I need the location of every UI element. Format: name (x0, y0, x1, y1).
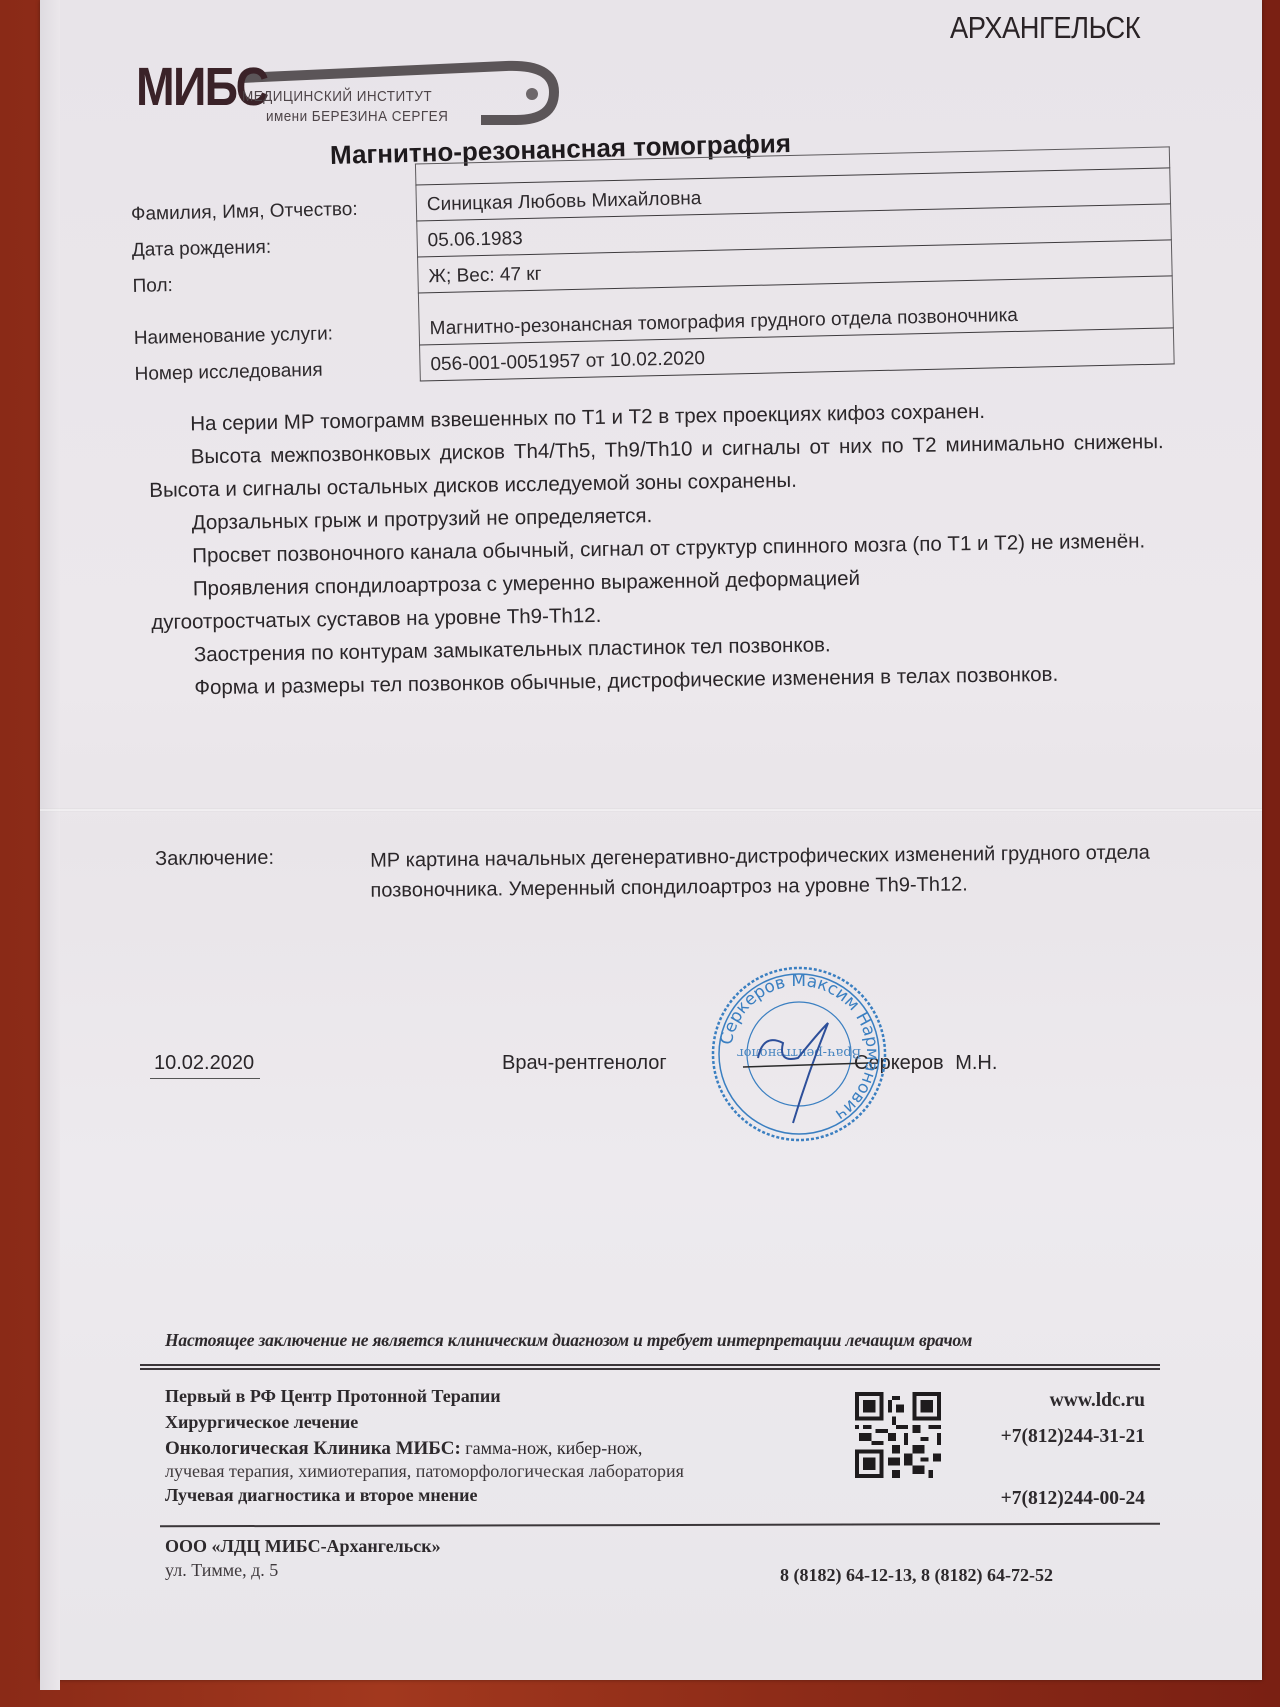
paper-edge (40, 0, 60, 1690)
company-address: ул. Тимме, д. 5 (165, 1558, 441, 1582)
mibs-logo: МИБС МЕДИЦИНСКИЙ ИНСТИТУТ имени БЕРЕЗИНА… (136, 58, 516, 118)
local-phones: 8 (8182) 64-12-13, 8 (8182) 64-72-52 (780, 1565, 1053, 1586)
info-label: Номер исследования (134, 360, 323, 386)
contacts-block: www.ldc.ru +7(812)244-31-21 +7(812)244-0… (940, 1390, 1145, 1510)
oncology-services-line2: лучевая терапия, химиотерапия, патоморфо… (165, 1460, 684, 1482)
info-label: Наименование услуги: (134, 323, 334, 350)
doctor-stamp-icon: Серкеров Максим Нарманович Врач-рентгено… (708, 963, 890, 1145)
service-item-oncology: Онкологическая Клиника МИБС: гамма-нож, … (165, 1437, 684, 1460)
service-item: Первый в РФ Центр Протонной Терапии (165, 1383, 684, 1409)
oncology-services: гамма-нож, кибер-нож, (461, 1438, 643, 1458)
finding-paragraph: Проявления спондилоартроза с умеренно вы… (151, 561, 932, 639)
paper-fold-line (40, 808, 1262, 812)
phone-2: +7(812)244-00-24 (940, 1488, 1145, 1510)
qr-code-icon (855, 1392, 941, 1478)
disclaimer-text: Настоящее заключение не является клиниче… (165, 1330, 972, 1351)
service-item: Лучевая диагностика и второе мнение (165, 1482, 684, 1508)
logo-subtitle-2: имени БЕРЕЗИНА СЕРГЕЯ (266, 108, 448, 125)
oncology-title: Онкологическая Клиника МИБС: (165, 1438, 461, 1459)
logo-subtitle-1: МЕДИЦИНСКИЙ ИНСТИТУТ (242, 88, 432, 105)
city-label: АРХАНГЕЛЬСК (950, 10, 1140, 46)
services-list: Первый в РФ Центр Протонной Терапии Хиру… (165, 1383, 684, 1508)
company-block: ООО «ЛДЦ МИБС-Архангельск» ул. Тимме, д.… (165, 1534, 441, 1582)
logo-mark: МИБС (136, 60, 267, 114)
signature-role: Врач-рентгенолог (502, 1052, 667, 1075)
info-label: Пол: (132, 275, 173, 298)
service-item: Хирургическое лечение (165, 1409, 684, 1435)
signature-date: 10.02.2020 (150, 1052, 260, 1079)
conclusion-text: МР картина начальных дегенеративно-дистр… (370, 838, 1151, 906)
info-label: Фамилия, Имя, Отчество: (131, 199, 358, 226)
footer-double-rule (140, 1364, 1160, 1370)
company-name: ООО «ЛДЦ МИБС-Архангельск» (165, 1534, 441, 1558)
phone-1: +7(812)244-31-21 (940, 1426, 1145, 1448)
website-link[interactable]: www.ldc.ru (940, 1390, 1145, 1412)
findings-text: На серии МР томограмм взвешенных по Т1 и… (148, 392, 1168, 705)
conclusion-label: Заключение: (155, 847, 274, 871)
patient-info-table: Фамилия, Имя, Отчество: Синицкая Любовь … (130, 146, 1175, 388)
info-label: Дата рождения: (132, 237, 272, 262)
